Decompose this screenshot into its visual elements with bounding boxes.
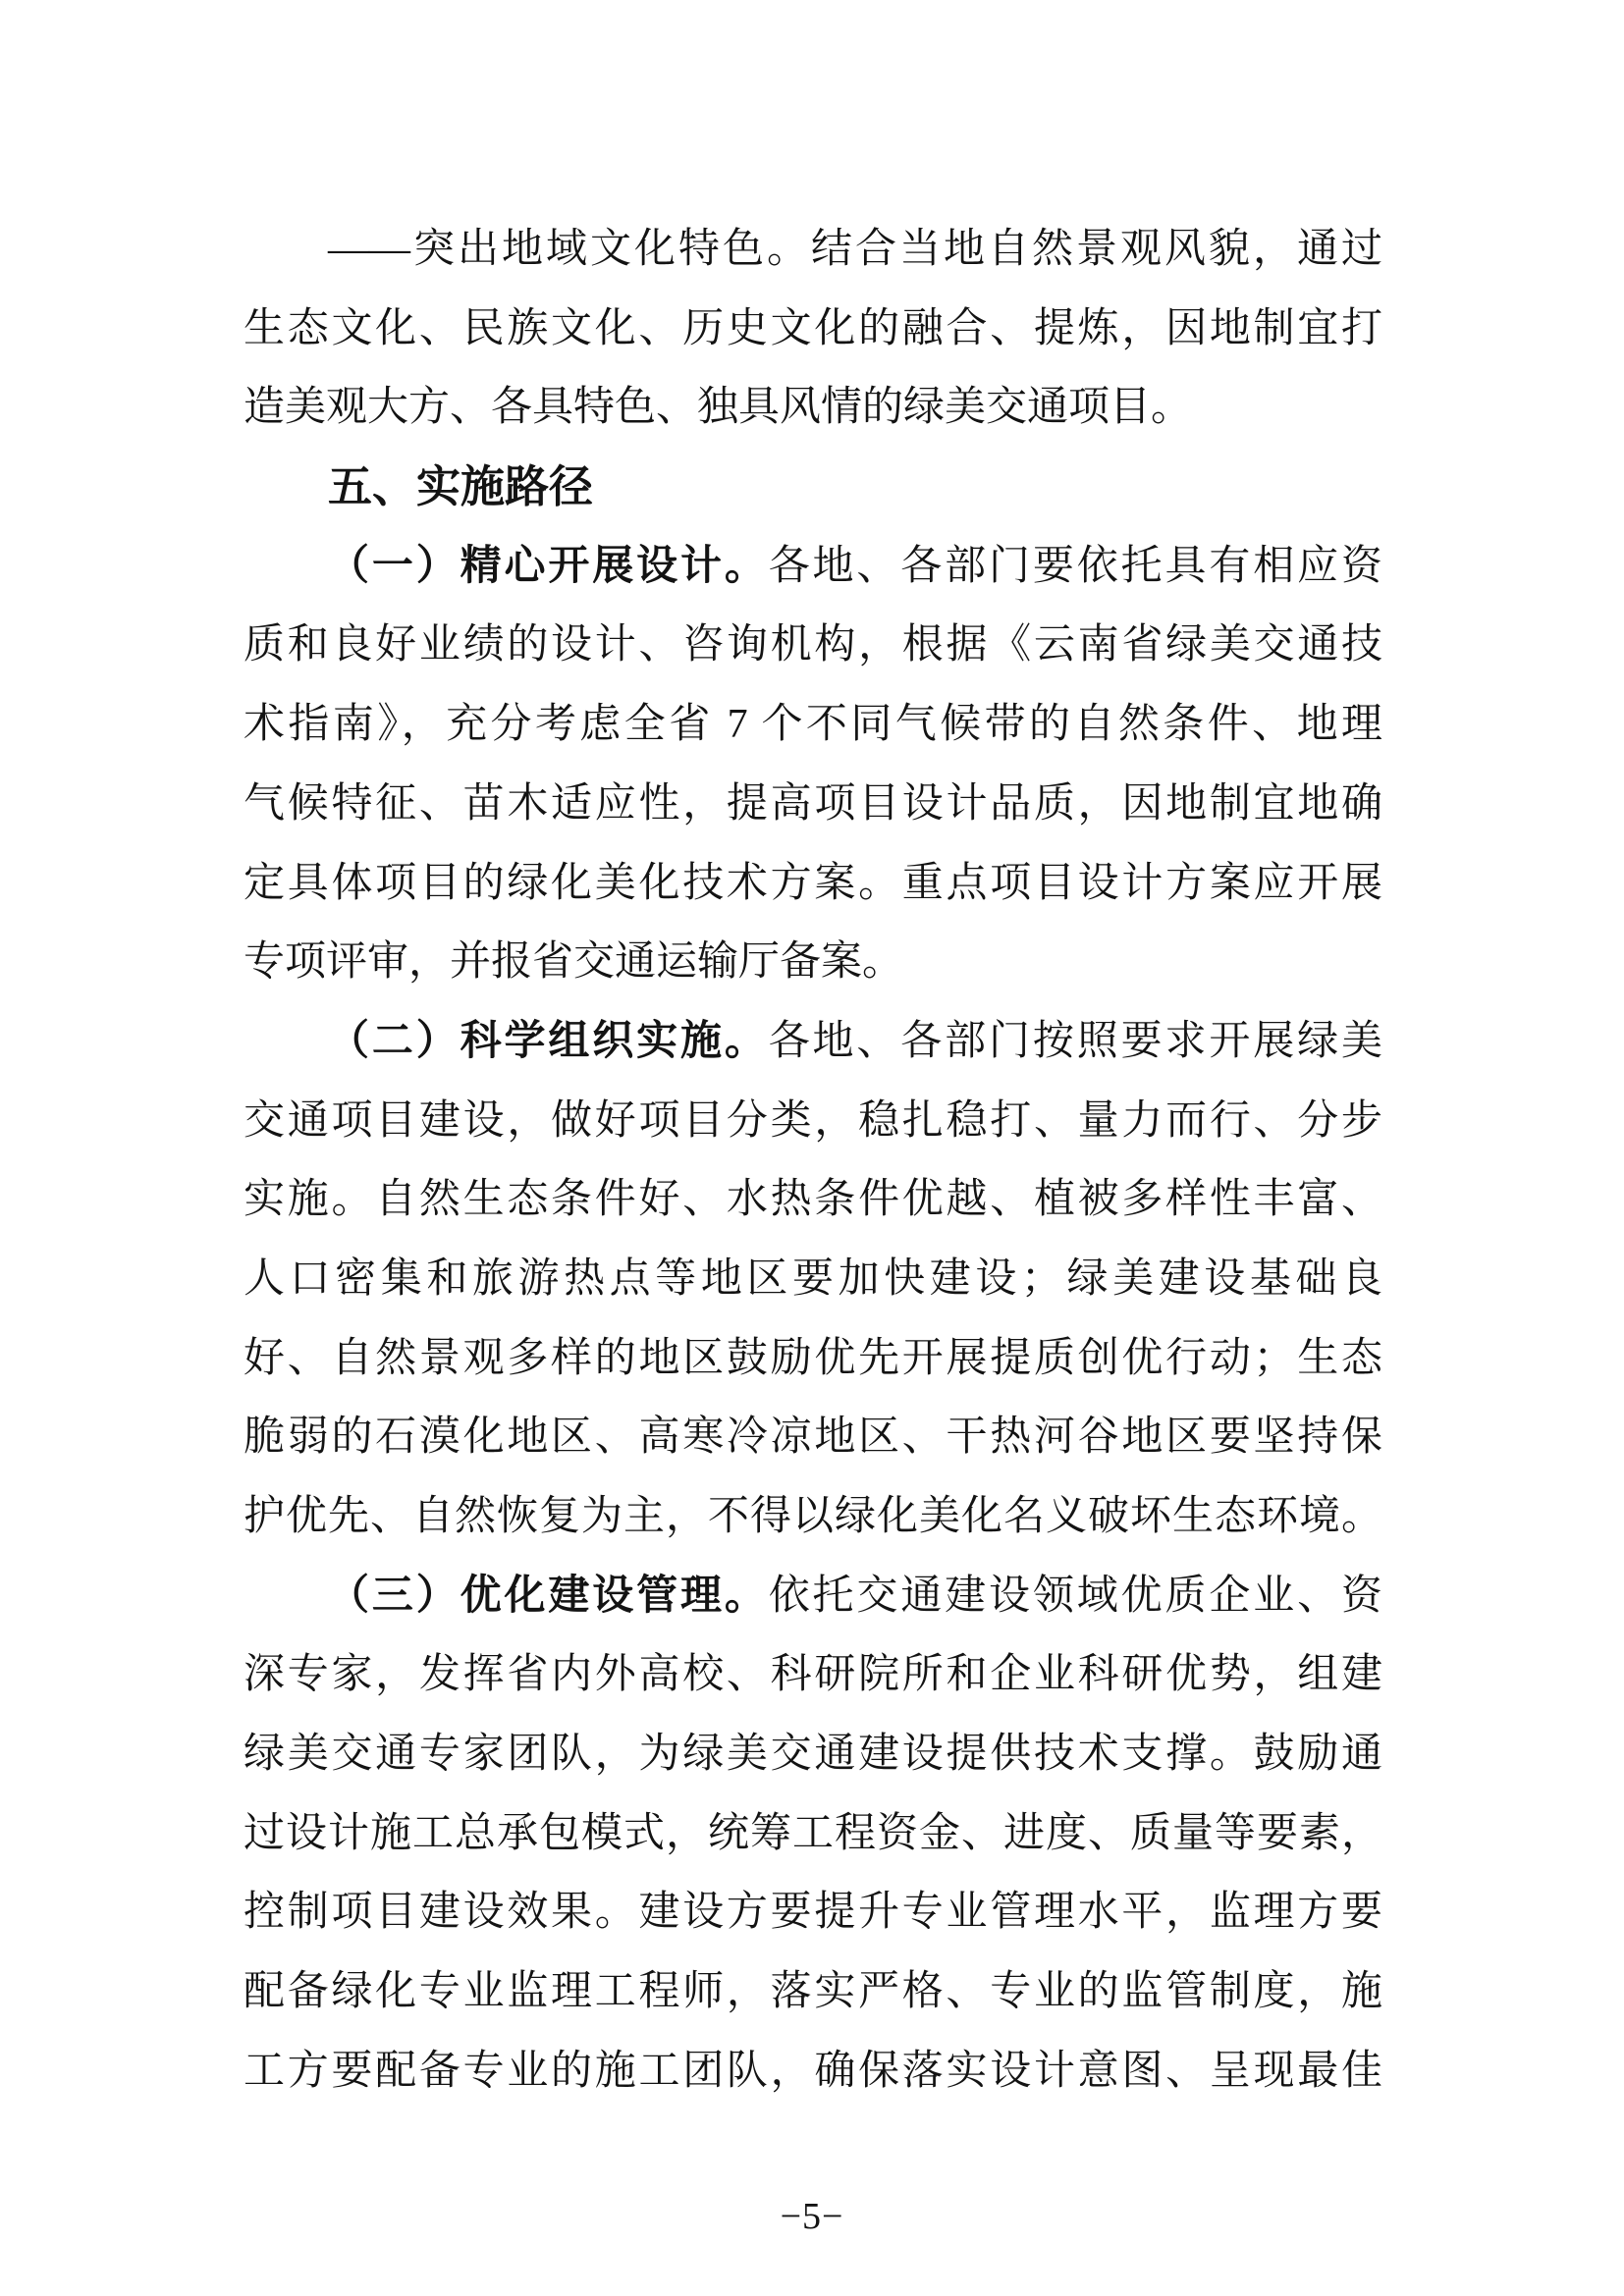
- subsection-lead: （一）精心开展设计。: [328, 544, 769, 589]
- paragraph-line: （一）精心开展设计。各地、各部门要依托具有相应资: [244, 527, 1382, 607]
- paragraph-line: 工方要配备专业的施工团队，确保落实设计意图、呈现最佳: [244, 2032, 1382, 2111]
- subsection-lead: （二）科学组织实施。: [328, 1019, 769, 1064]
- paragraph-line: 质和良好业绩的设计、咨询机构，根据《云南省绿美交通技: [244, 606, 1382, 685]
- page-number: −5−: [0, 2193, 1624, 2240]
- paragraph-line: 人口密集和旅游热点等地区要加快建设；绿美建设基础良: [244, 1240, 1382, 1319]
- paragraph-line: 绿美交通专家团队，为绿美交通建设提供技术支撑。鼓励通: [244, 1715, 1382, 1794]
- subsection-lead: （三）优化建设管理。: [328, 1574, 769, 1619]
- paragraph-line: （二）科学组织实施。各地、各部门按照要求开展绿美: [244, 1002, 1382, 1082]
- paragraph-line: 深专家，发挥省内外高校、科研院所和企业科研优势，组建: [244, 1635, 1382, 1715]
- paragraph-line: 交通项目建设，做好项目分类，稳扎稳打、量力而行、分步: [244, 1082, 1382, 1161]
- paragraph-line: ——突出地域文化特色。结合当地自然景观风貌，通过: [244, 210, 1382, 290]
- paragraph-text: 各地、各部门按照要求开展绿美: [769, 1019, 1382, 1064]
- document-body: ——突出地域文化特色。结合当地自然景观风貌，通过 生态文化、民族文化、历史文化的…: [244, 210, 1382, 2111]
- paragraph-line: 定具体项目的绿化美化技术方案。重点项目设计方案应开展: [244, 844, 1382, 924]
- section-heading: 五、实施路径: [244, 448, 1382, 527]
- document-page: ——突出地域文化特色。结合当地自然景观风貌，通过 生态文化、民族文化、历史文化的…: [0, 0, 1624, 2296]
- paragraph-line: 护优先、自然恢复为主，不得以绿化美化名义破坏生态环境。: [244, 1477, 1382, 1557]
- paragraph-text: 依托交通建设领域优质企业、资: [769, 1574, 1382, 1619]
- paragraph-line: 生态文化、民族文化、历史文化的融合、提炼，因地制宜打: [244, 290, 1382, 369]
- paragraph-line: 专项评审，并报省交通运输厅备案。: [244, 923, 1382, 1002]
- paragraph-line: 脆弱的石漠化地区、高寒冷凉地区、干热河谷地区要坚持保: [244, 1398, 1382, 1477]
- paragraph-line: 控制项目建设效果。建设方要提升专业管理水平，监理方要: [244, 1873, 1382, 1952]
- paragraph-line: （三）优化建设管理。依托交通建设领域优质企业、资: [244, 1557, 1382, 1636]
- paragraph-line: 配备绿化专业监理工程师，落实严格、专业的监管制度，施: [244, 1952, 1382, 2032]
- paragraph-text: 各地、各部门要依托具有相应资: [769, 544, 1382, 589]
- paragraph-line: 好、自然景观多样的地区鼓励优先开展提质创优行动；生态: [244, 1319, 1382, 1399]
- paragraph-line: 气候特征、苗木适应性，提高项目设计品质，因地制宜地确: [244, 765, 1382, 844]
- paragraph-line: 过设计施工总承包模式，统筹工程资金、进度、质量等要素，: [244, 1794, 1382, 1874]
- paragraph-line: 实施。自然生态条件好、水热条件优越、植被多样性丰富、: [244, 1160, 1382, 1240]
- paragraph-line: 术指南》，充分考虑全省 7 个不同气候带的自然条件、地理: [244, 685, 1382, 765]
- paragraph-line: 造美观大方、各具特色、独具风情的绿美交通项目。: [244, 368, 1382, 448]
